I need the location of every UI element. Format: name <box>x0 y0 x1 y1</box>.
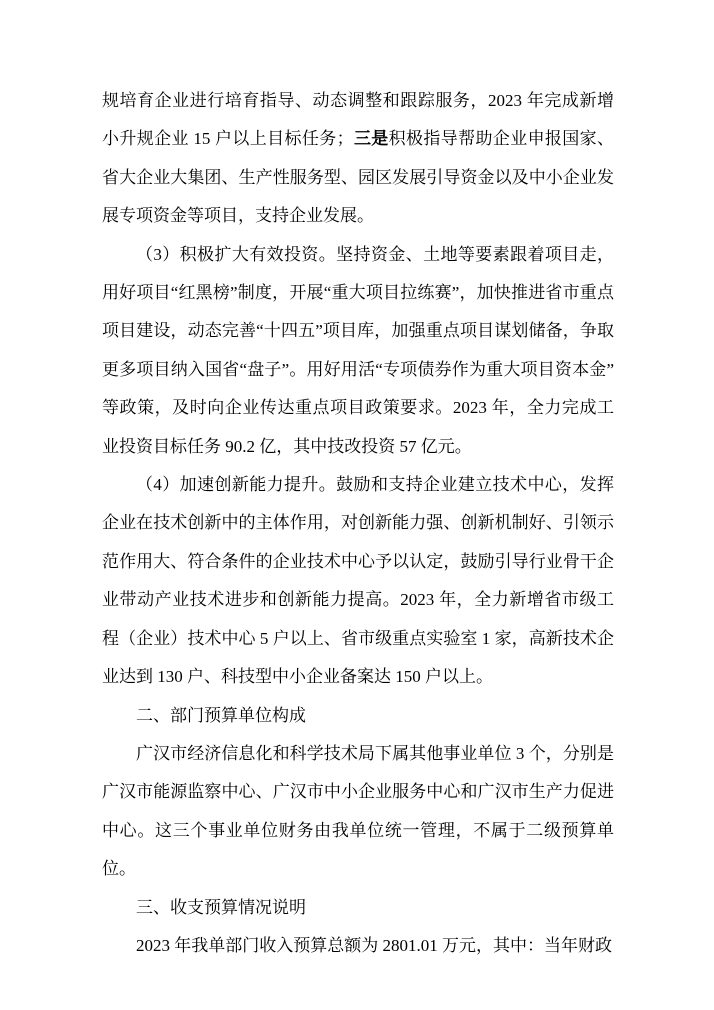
text-run: 三、收支预算情况说明 <box>136 898 306 917</box>
document-page: 规培育企业进行培育指导、动态调整和跟踪服务，2023 年完成新增小升规企业 15… <box>0 0 714 1010</box>
body-paragraph: 规培育企业进行培育指导、动态调整和跟踪服务，2023 年完成新增小升规企业 15… <box>102 82 614 236</box>
body-paragraph: 2023 年我单部门收入预算总额为 2801.01 万元，其中：当年财政 <box>102 927 614 965</box>
text-run: 广汉市经济信息化和科学技术局下属其他事业单位 3 个，分别是广汉市能源监察中心、… <box>102 744 614 878</box>
text-run: （4）加速创新能力提升。鼓励和支持企业建立技术中心，发挥企业在技术创新中的主体作… <box>102 475 614 686</box>
section-heading: 三、收支预算情况说明 <box>102 889 614 927</box>
text-run: （3）积极扩大有效投资。坚持资金、土地等要素跟着项目走，用好项目“红黑榜”制度，… <box>102 245 614 456</box>
body-paragraph: （4）加速创新能力提升。鼓励和支持企业建立技术中心，发挥企业在技术创新中的主体作… <box>102 466 614 696</box>
bold-text-run: 三是 <box>354 129 389 148</box>
section-heading: 二、部门预算单位构成 <box>102 697 614 735</box>
body-paragraph: 广汉市经济信息化和科学技术局下属其他事业单位 3 个，分别是广汉市能源监察中心、… <box>102 735 614 889</box>
text-run: 2023 年我单部门收入预算总额为 2801.01 万元，其中：当年财政 <box>136 936 612 955</box>
document-text-block: 规培育企业进行培育指导、动态调整和跟踪服务，2023 年完成新增小升规企业 15… <box>102 82 614 965</box>
text-run: 二、部门预算单位构成 <box>136 706 306 725</box>
body-paragraph: （3）积极扩大有效投资。坚持资金、土地等要素跟着项目走，用好项目“红黑榜”制度，… <box>102 236 614 466</box>
